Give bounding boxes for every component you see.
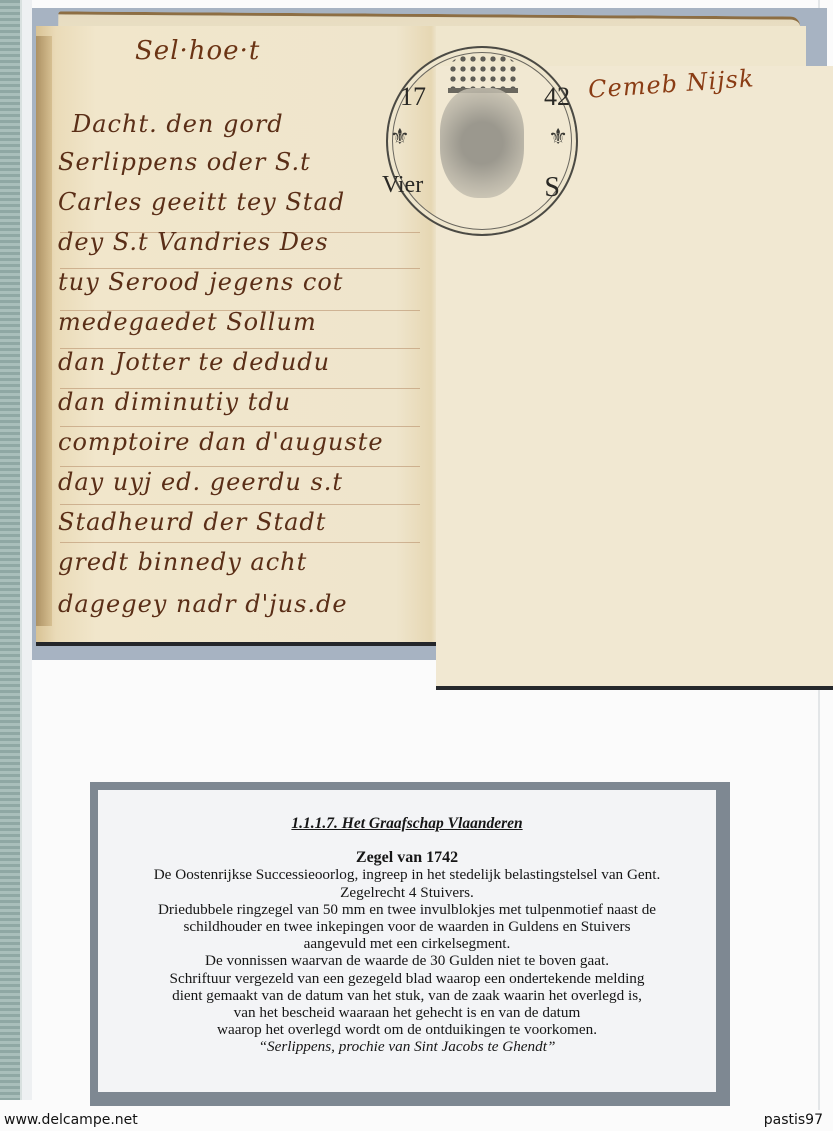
- handwritten-line: tuy Serood jegens cot: [58, 268, 343, 296]
- ruled-line: [60, 542, 420, 543]
- caption-line: van het bescheid waaraan het gehecht is …: [98, 1004, 716, 1021]
- album-gutter: [22, 0, 32, 1100]
- handwritten-line: Serlippens oder S.t: [58, 148, 311, 176]
- caption-line: waarop het overlegd wordt om de ontduiki…: [98, 1021, 716, 1038]
- edge-stain: [36, 36, 52, 626]
- handwritten-line: dan diminutiy tdu: [58, 388, 291, 416]
- stamp-title: Zegel van 1742: [98, 849, 716, 866]
- caption-line: Zegelrecht 4 Stuivers.: [98, 884, 716, 901]
- site-watermark: www.delcampe.net: [4, 1112, 138, 1128]
- handwritten-line: dey S.t Vandries Des: [58, 228, 329, 256]
- caption-line: dient gemaakt van de datum van het stuk,…: [98, 987, 716, 1004]
- handwritten-header: Sel·hoe·t: [135, 36, 260, 66]
- handwritten-line: dagegey nadr d'jus.de: [58, 590, 348, 618]
- handwritten-line: dan Jotter te dedudu: [58, 348, 330, 376]
- caption-line: aangevuld met een cirkelsegment.: [98, 935, 716, 952]
- caption-line: Driedubbele ringzegel van 50 mm en twee …: [98, 901, 716, 918]
- handwritten-line: comptoire dan d'auguste: [58, 428, 384, 456]
- album-binding-strip: [0, 0, 22, 1100]
- ruled-line: [60, 504, 420, 505]
- stamp-value-left: Vier: [382, 172, 423, 199]
- tax-stamp-1742: 17 42 ⚜ ⚜ Vier S: [386, 46, 578, 236]
- ruled-line: [60, 426, 420, 427]
- stamp-year-left: 17: [400, 82, 426, 112]
- handwritten-line: Dacht. den gord: [72, 110, 284, 138]
- seller-name: pastis97: [764, 1112, 823, 1128]
- handwritten-line: Stadheurd der Stadt: [58, 508, 326, 536]
- handwritten-line: medegaedet Sollum: [58, 308, 317, 336]
- caption-line: De Oostenrijkse Successieoorlog, ingreep…: [98, 866, 716, 883]
- stamp-year-right: 42: [544, 82, 570, 112]
- handwritten-line: day uyj ed. geerdu s.t: [58, 468, 343, 496]
- section-heading: 1.1.1.7. Het Graafschap Vlaanderen: [98, 815, 716, 832]
- caption-quote: “Serlippens, prochie van Sint Jacobs te …: [98, 1038, 716, 1055]
- coat-of-arms-icon: [440, 88, 524, 198]
- caption-body: De Oostenrijkse Successieoorlog, ingreep…: [98, 866, 716, 1038]
- handwritten-line: Carles geeitt tey Stad: [58, 188, 345, 216]
- caption-card: 1.1.1.7. Het Graafschap Vlaanderen Zegel…: [98, 790, 716, 1092]
- tulip-icon: ⚜: [548, 124, 568, 150]
- stamp-value-right: S: [544, 172, 560, 204]
- ruled-line: [60, 466, 420, 467]
- handwritten-line: gredt binnedy acht: [58, 548, 307, 576]
- caption-line: Schriftuur vergezeld van een gezegeld bl…: [98, 970, 716, 987]
- tulip-icon: ⚜: [390, 124, 410, 150]
- caption-line: schildhouder en twee inkepingen voor de …: [98, 918, 716, 935]
- caption-line: De vonnissen waarvan de waarde de 30 Gul…: [98, 952, 716, 969]
